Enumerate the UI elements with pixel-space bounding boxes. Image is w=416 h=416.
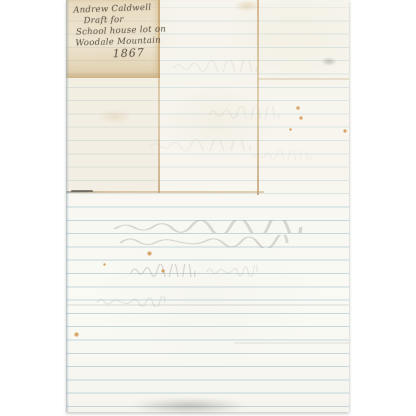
docket-block: Andrew Caldwell Draft for School house l…	[69, 2, 171, 60]
foxing-spot	[296, 106, 300, 110]
paper-left-edge	[66, 0, 69, 412]
fold-crease-horizontal	[66, 191, 264, 193]
showthrough-mark-1	[172, 60, 258, 72]
pencil-scribble-5	[96, 296, 166, 307]
showthrough-mark-3	[148, 139, 252, 151]
fold-crease-vertical-right	[257, 0, 259, 195]
foxing-spot	[161, 269, 165, 273]
showthrough-mark-2	[208, 106, 280, 119]
docket-year: 1867	[113, 46, 171, 59]
foxing-spot	[147, 251, 152, 256]
foxing-spot	[299, 116, 303, 120]
foxing-spot	[343, 129, 347, 133]
document-paper: Andrew Caldwell Draft for School house l…	[66, 0, 349, 412]
tan-stain	[98, 109, 132, 124]
foxing-spot	[74, 332, 79, 337]
aged-left-column	[66, 78, 160, 192]
pencil-scribble-4	[206, 265, 258, 277]
showthrough-mark-4	[252, 150, 312, 160]
paper-curl-shadow	[130, 398, 248, 414]
gray-smudge	[321, 57, 337, 66]
foxing-spot	[289, 128, 292, 131]
pencil-scribble-1	[112, 220, 304, 233]
bottom-crease-2	[234, 342, 349, 344]
foxing-spot	[103, 263, 106, 266]
pencil-scribble-2	[118, 235, 290, 248]
crease-ink-dash	[71, 190, 93, 192]
photo-canvas: Andrew Caldwell Draft for School house l…	[0, 0, 416, 416]
fold-crease-horizontal-right	[258, 78, 349, 80]
